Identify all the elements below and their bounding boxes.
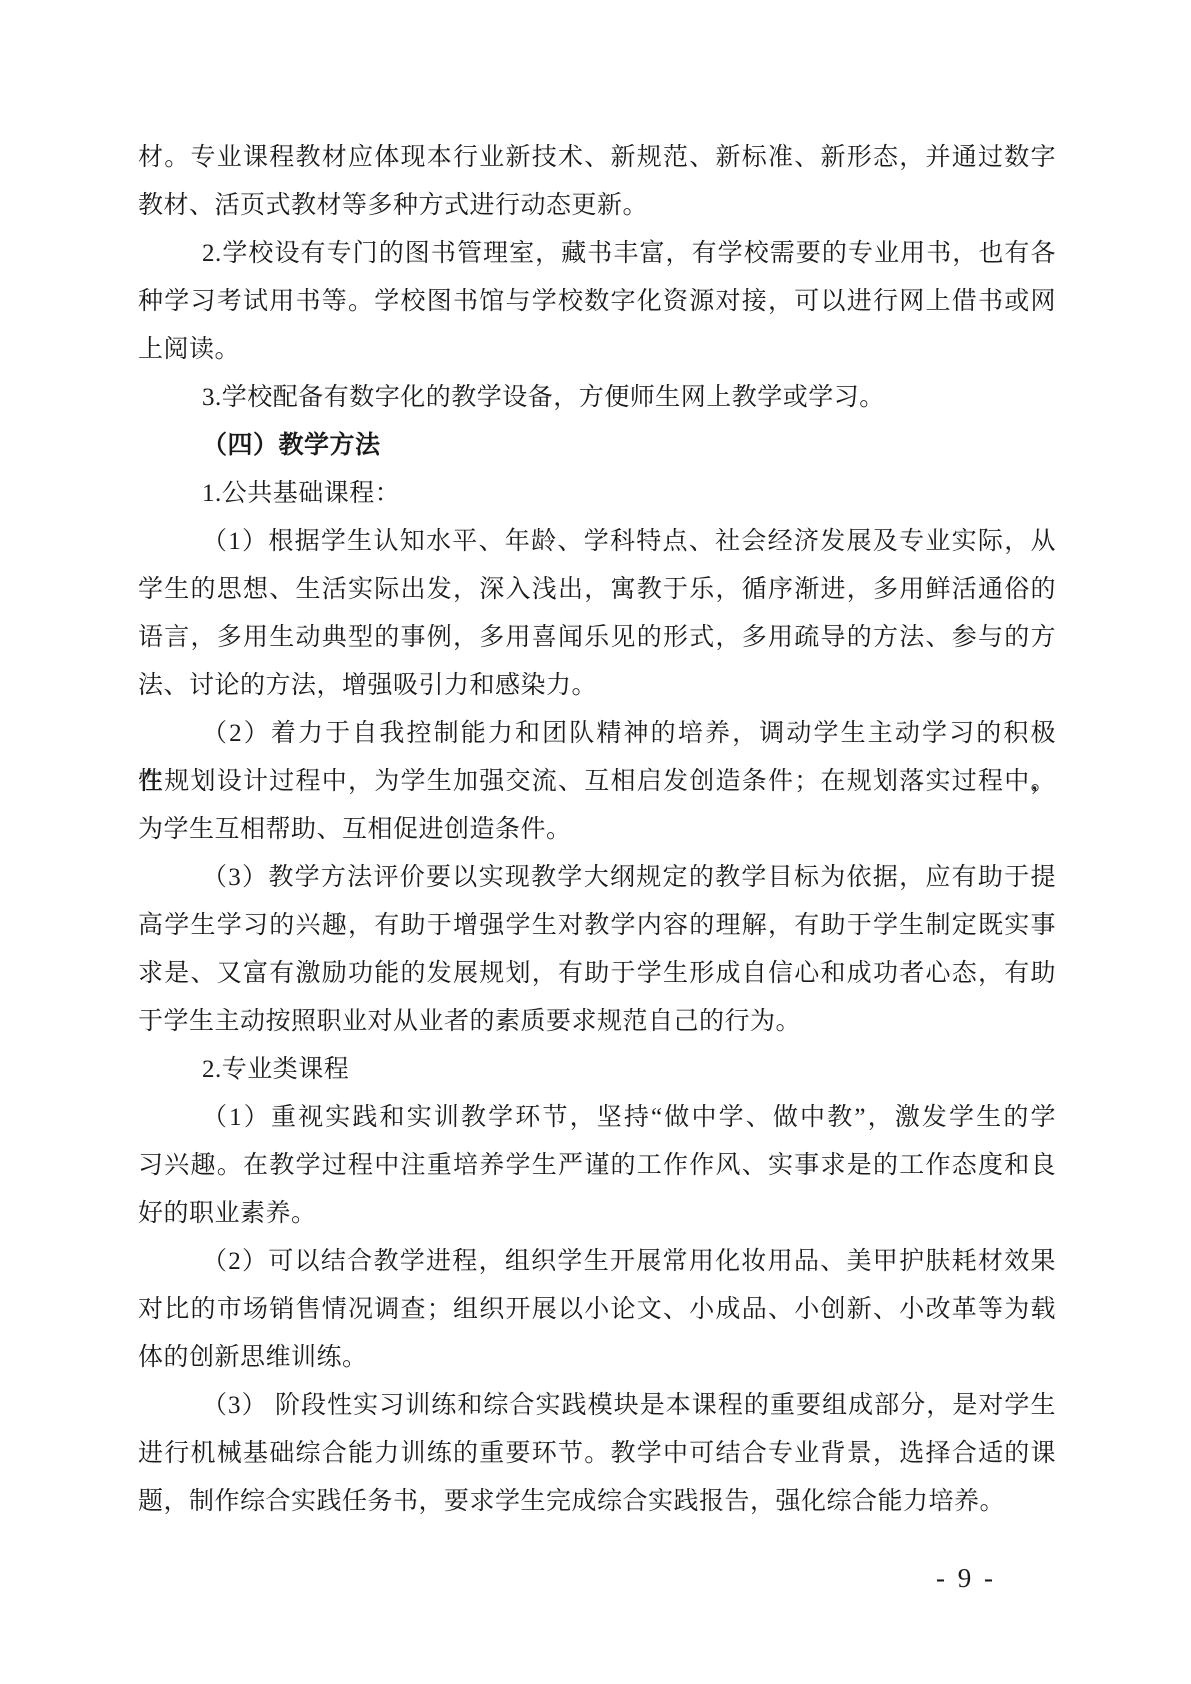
text-line: 法、讨论的方法，增强吸引力和感染力。	[138, 662, 1056, 710]
paragraph: 2.专业类课程	[138, 1046, 1056, 1094]
paragraph: 3.学校配备有数字化的教学设备，方便师生网上教学或学习。	[138, 374, 1056, 422]
paragraph: 2.学校设有专门的图书管理室，藏书丰富，有学校需要的专业用书，也有各 种学习考试…	[138, 230, 1056, 374]
text-line: 为学生互相帮助、互相促进创造条件。	[138, 806, 1056, 854]
text-line: 对比的市场销售情况调查；组织开展以小论文、小成品、小创新、小改革等为载	[138, 1286, 1056, 1334]
paragraph: （3）教学方法评价要以实现教学大纲规定的教学目标为依据，应有助于提 高学生学习的…	[138, 854, 1056, 1046]
paragraph: （3） 阶段性实习训练和综合实践模块是本课程的重要组成部分，是对学生 进行机械基…	[138, 1382, 1056, 1526]
paragraph: （2）着力于自我控制能力和团队精神的培养，调动学生主动学习的积极性。 在规划设计…	[138, 710, 1056, 854]
heading-line: （四）教学方法	[138, 422, 1056, 470]
text-line: 2.学校设有专门的图书管理室，藏书丰富，有学校需要的专业用书，也有各	[138, 230, 1056, 278]
paragraph: 1.公共基础课程：	[138, 470, 1056, 518]
text-line: （3） 阶段性实习训练和综合实践模块是本课程的重要组成部分，是对学生	[138, 1382, 1056, 1430]
text-line: 2.专业类课程	[138, 1046, 1056, 1094]
text-line: 学生的思想、生活实际出发，深入浅出，寓教于乐，循序渐进，多用鲜活通俗的	[138, 566, 1056, 614]
text-line: 材。专业课程教材应体现本行业新技术、新规范、新标准、新形态，并通过数字	[138, 134, 1056, 182]
text-line: 1.公共基础课程：	[138, 470, 1056, 518]
page-number: - 9 -	[936, 1558, 996, 1598]
section-heading: （四）教学方法	[138, 422, 1056, 470]
paragraph: （2）可以结合教学进程，组织学生开展常用化妆用品、美甲护肤耗材效果 对比的市场销…	[138, 1238, 1056, 1382]
text-line: 求是、又富有激励功能的发展规划，有助于学生形成自信心和成功者心态，有助	[138, 950, 1056, 998]
text-line: （1）根据学生认知水平、年龄、学科特点、社会经济发展及专业实际，从	[138, 518, 1056, 566]
text-line: （3）教学方法评价要以实现教学大纲规定的教学目标为依据，应有助于提	[138, 854, 1056, 902]
text-line: （2）可以结合教学进程，组织学生开展常用化妆用品、美甲护肤耗材效果	[138, 1238, 1056, 1286]
paragraph: （1）重视实践和实训教学环节，坚持“做中学、做中教”，激发学生的学 习兴趣。在教…	[138, 1094, 1056, 1238]
text-line: 题，制作综合实践任务书，要求学生完成综合实践报告，强化综合能力培养。	[138, 1478, 1056, 1526]
paragraph: （1）根据学生认知水平、年龄、学科特点、社会经济发展及专业实际，从 学生的思想、…	[138, 518, 1056, 710]
text-line: 习兴趣。在教学过程中注重培养学生严谨的工作作风、实事求是的工作态度和良	[138, 1142, 1056, 1190]
text-line: 在规划设计过程中，为学生加强交流、互相启发创造条件；在规划落实过程中，	[138, 758, 1056, 806]
text-line: 高学生学习的兴趣，有助于增强学生对教学内容的理解，有助于学生制定既实事	[138, 902, 1056, 950]
text-line: 种学习考试用书等。学校图书馆与学校数字化资源对接，可以进行网上借书或网	[138, 278, 1056, 326]
text-line: （1）重视实践和实训教学环节，坚持“做中学、做中教”，激发学生的学	[138, 1094, 1056, 1142]
text-line: 语言，多用生动典型的事例，多用喜闻乐见的形式，多用疏导的方法、参与的方	[138, 614, 1056, 662]
text-line: 体的创新思维训练。	[138, 1334, 1056, 1382]
text-line: （2）着力于自我控制能力和团队精神的培养，调动学生主动学习的积极性。	[138, 710, 1056, 758]
text-line: 上阅读。	[138, 326, 1056, 374]
text-line: 好的职业素养。	[138, 1190, 1056, 1238]
text-line: 3.学校配备有数字化的教学设备，方便师生网上教学或学习。	[138, 374, 1056, 422]
text-line: 进行机械基础综合能力训练的重要环节。教学中可结合专业背景，选择合适的课	[138, 1430, 1056, 1478]
document-body: 材。专业课程教材应体现本行业新技术、新规范、新标准、新形态，并通过数字 教材、活…	[138, 134, 1056, 1526]
paragraph: 材。专业课程教材应体现本行业新技术、新规范、新标准、新形态，并通过数字 教材、活…	[138, 134, 1056, 230]
text-line: 于学生主动按照职业对从业者的素质要求规范自己的行为。	[138, 998, 1056, 1046]
text-line: 教材、活页式教材等多种方式进行动态更新。	[138, 182, 1056, 230]
document-page: 材。专业课程教材应体现本行业新技术、新规范、新标准、新形态，并通过数字 教材、活…	[0, 0, 1191, 1684]
